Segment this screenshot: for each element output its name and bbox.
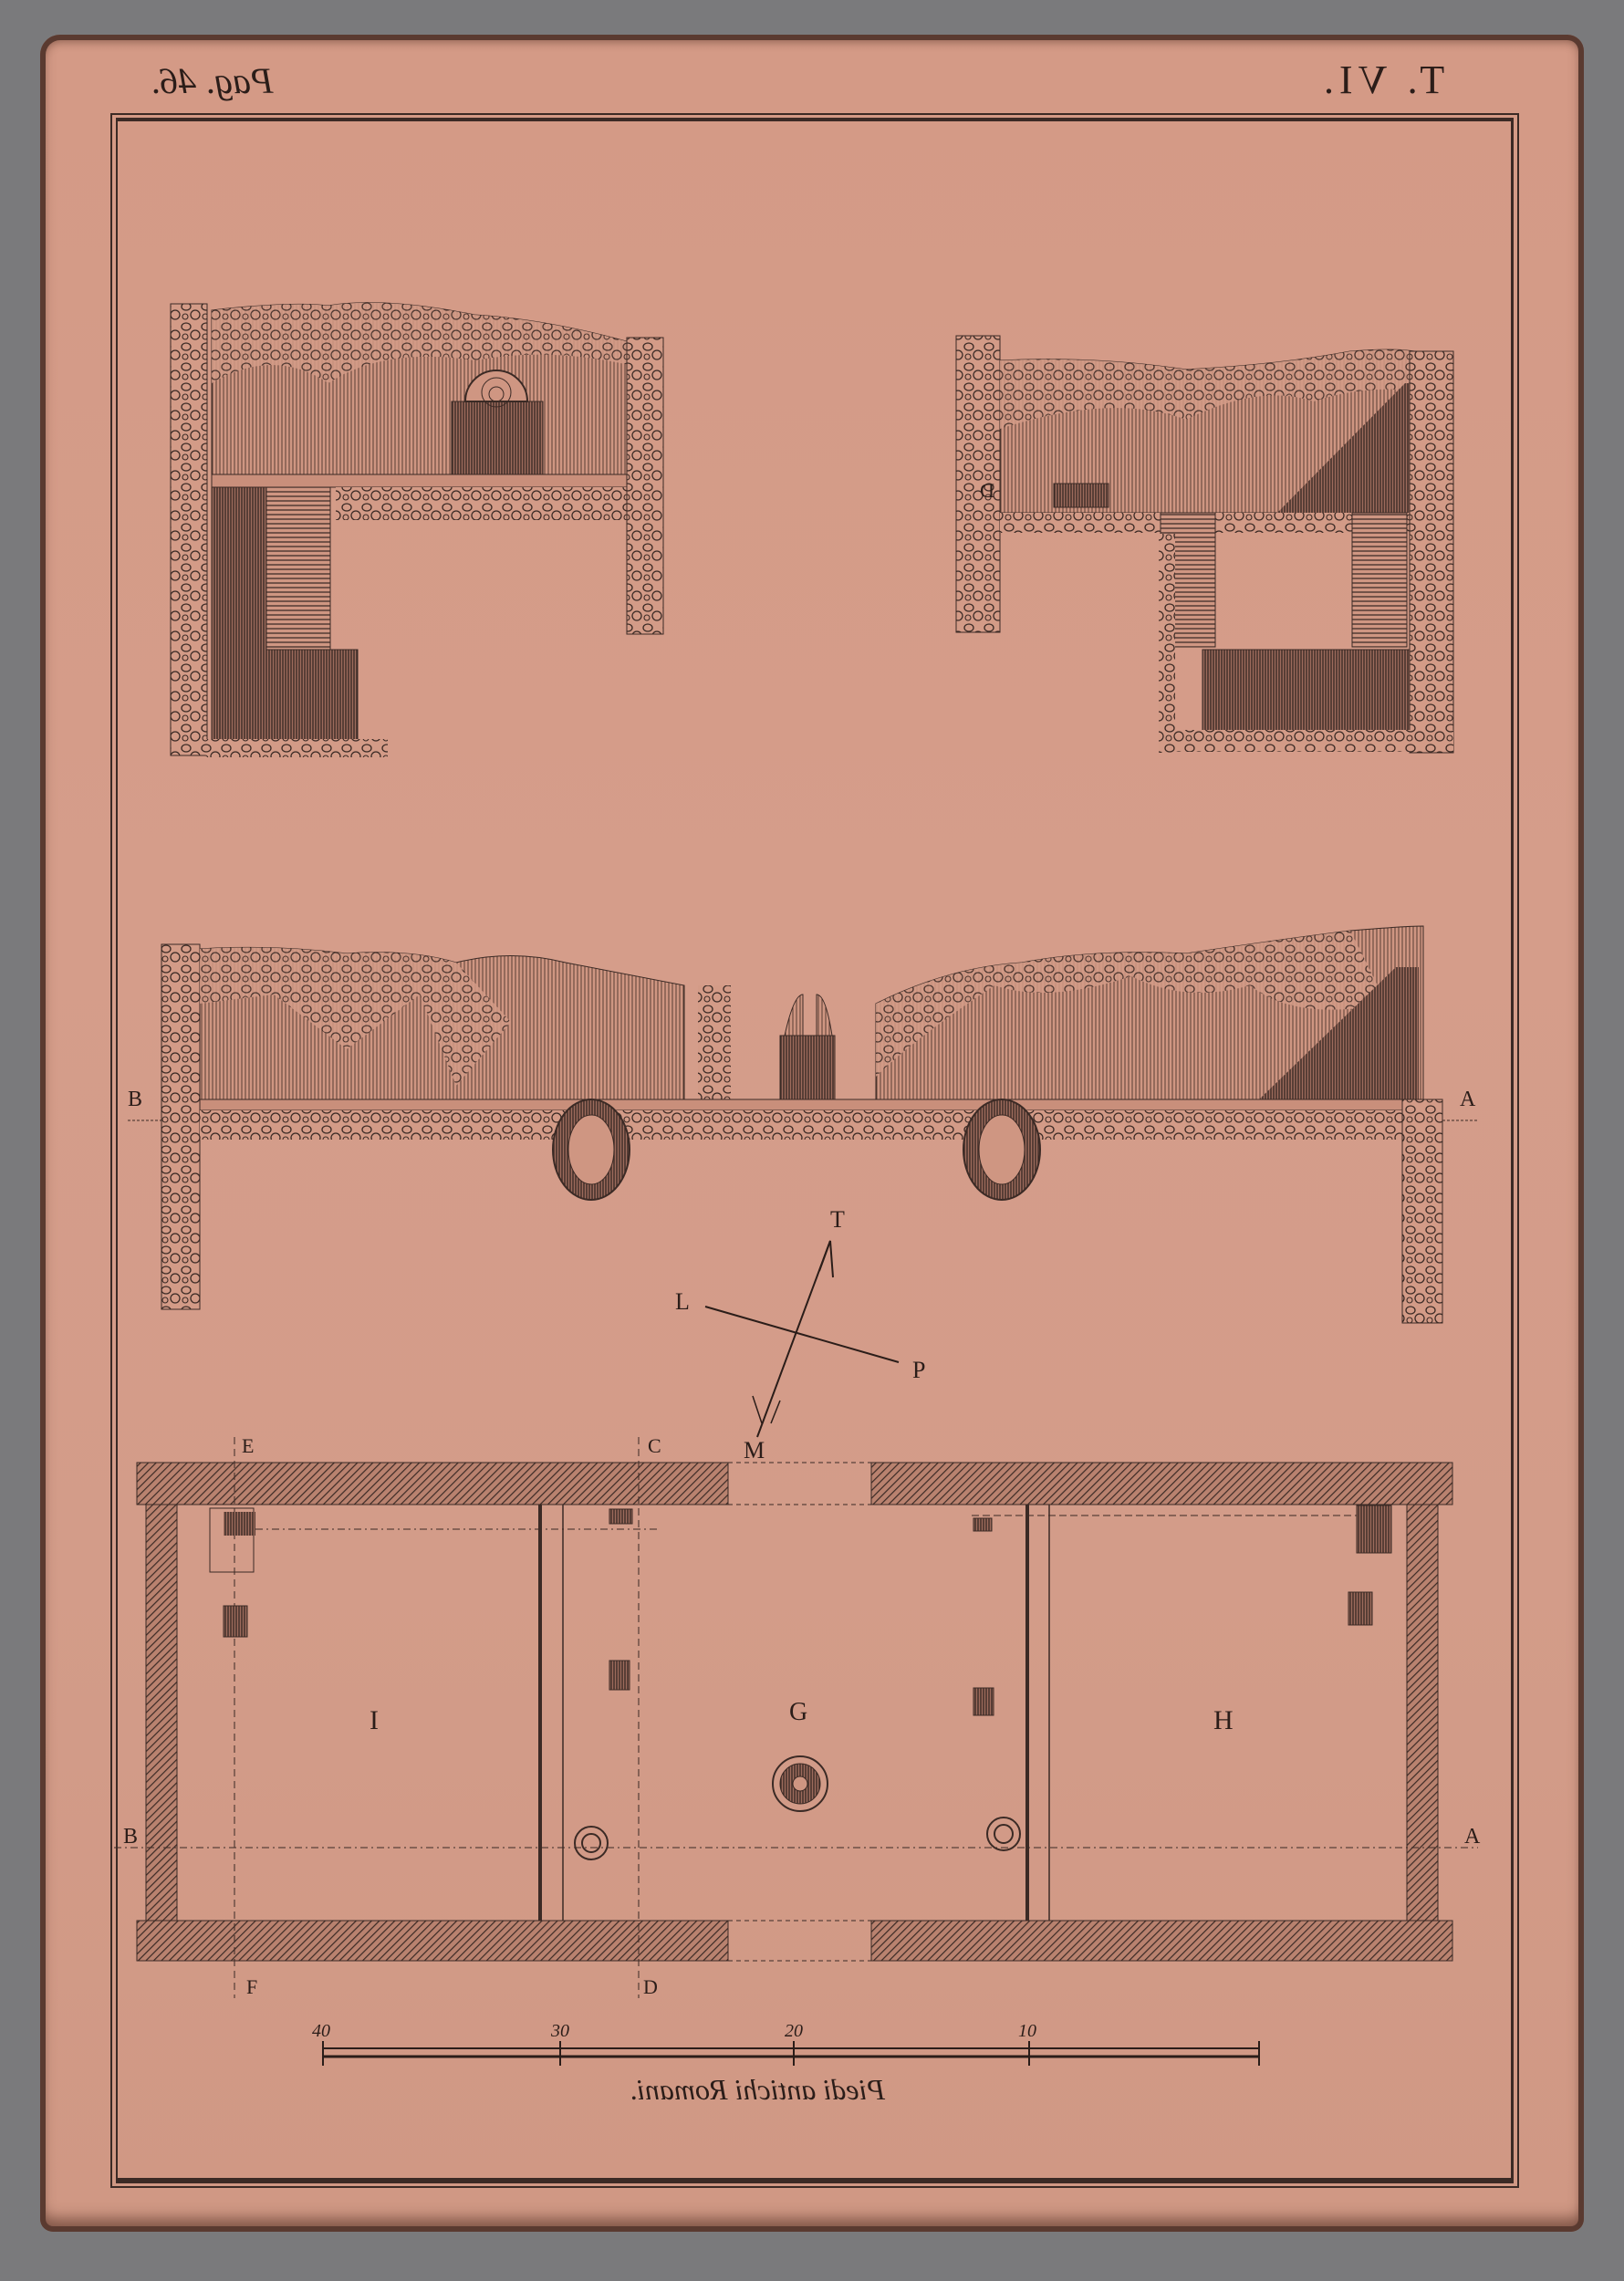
scale-tick-10: 10 [1018,2021,1036,2041]
plan-label-c: C [648,1434,661,1457]
scale-tick-30: 30 [550,2021,569,2041]
scale-tick-40: 40 [312,2021,330,2041]
plan-label-e: E [242,1434,254,1457]
section-cd-right: D C [956,336,1453,753]
floor-plan: I G H B A E C F D [114,1434,1481,1998]
compass-north-label: T [830,1206,845,1233]
cut-label-a: A [1460,1088,1476,1111]
plan-label-f: F [246,1975,257,1998]
cut-label-d: D [980,479,994,502]
room-label-h: H [1213,1705,1234,1735]
plan-label-a: A [1464,1825,1481,1849]
room-label-g: G [789,1698,807,1726]
compass-south-label: M [744,1437,765,1463]
cut-label-b: B [128,1088,142,1111]
room-label-i: I [370,1705,379,1735]
engraving-drawing: D C B A T [0,0,1624,2281]
scale-tick-20: 20 [785,2021,803,2041]
section-ab: B A [128,926,1478,1323]
scale-bar: 40 30 20 10 [312,2021,1259,2066]
section-cd-left [171,303,663,757]
compass-rose: T L P M [675,1206,925,1463]
compass-west-label: L [675,1288,690,1315]
compass-east-label: P [912,1357,925,1383]
plan-label-d: D [643,1975,658,1998]
scale-caption: Piedi antichi Romani. [630,2073,885,2107]
plan-label-b: B [123,1825,138,1849]
